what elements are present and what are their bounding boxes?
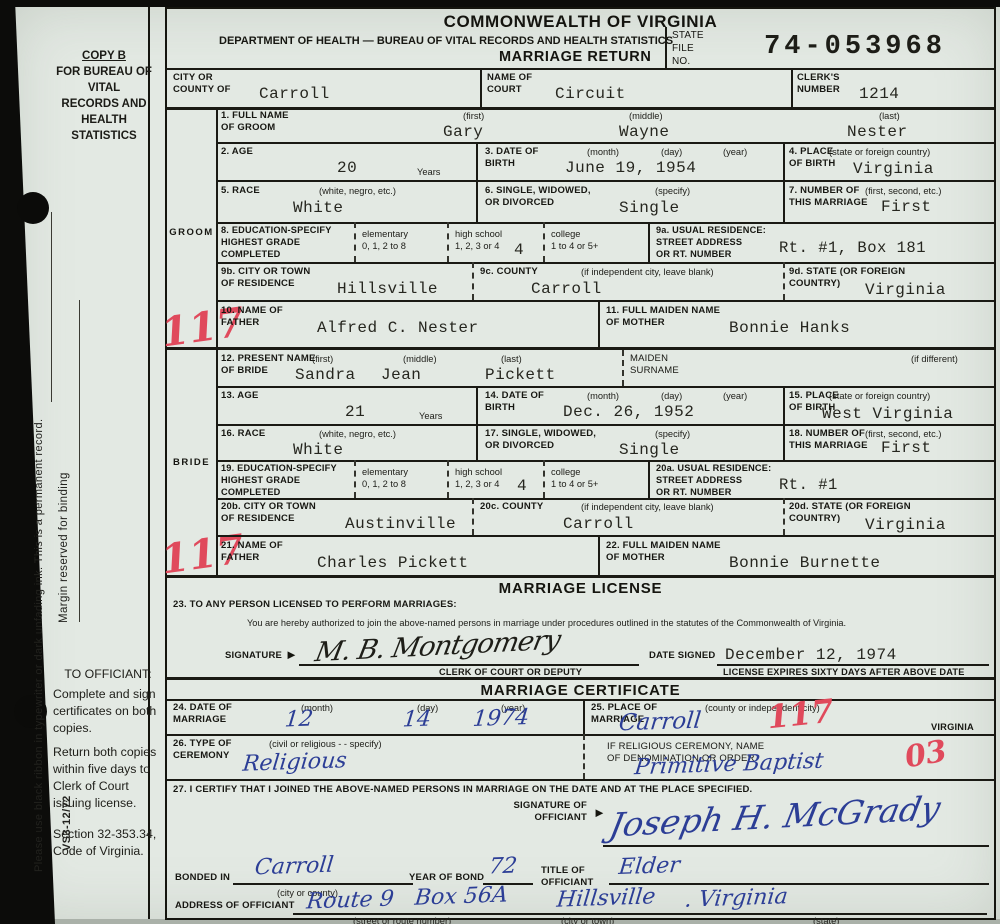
groom-birthplace-value: Virginia xyxy=(853,160,934,178)
groom-age-unit: Years xyxy=(417,166,440,178)
groom-middle-name: Wayne xyxy=(619,123,670,141)
groom-county-sub: (if independent city, leave blank) xyxy=(581,266,714,278)
officiant-signature-arrow-icon: ► xyxy=(593,806,606,819)
groom-city-value: Hillsville xyxy=(337,280,438,298)
groom-education-label: 8. EDUCATION-SPECIFY HIGHEST GRADE COMPL… xyxy=(221,225,332,261)
margin-note-vertical: Margin reserved for binding xyxy=(58,303,70,623)
groom-race-sub: (white, negro, etc.) xyxy=(319,185,396,197)
bride-last-sub: (last) xyxy=(501,353,522,365)
certificate-stamp-03: 03 xyxy=(902,734,949,776)
groom-marital-value: Single xyxy=(619,199,680,217)
marriage-year-value: 1974 xyxy=(472,705,531,732)
bride-section-label: BRIDE xyxy=(167,457,216,468)
groom-education-value: 4 xyxy=(514,241,524,259)
bride-state-value: Virginia xyxy=(865,516,946,534)
certify-statement: 27. I CERTIFY THAT I JOINED THE ABOVE-NA… xyxy=(173,784,752,796)
county-label: CITY OR COUNTY OF xyxy=(173,72,231,97)
state-file-label: STATE FILE NO. xyxy=(672,29,704,68)
to-officiant-note-2: Return both copies within five days to C… xyxy=(53,744,167,812)
bride-residence-label: 20a. USUAL RESIDENCE: STREET ADDRESS OR … xyxy=(656,463,771,499)
bride-county-label: 20c. COUNTY xyxy=(480,501,543,513)
bonded-in-value: Carroll xyxy=(254,853,335,881)
groom-mother-value: Bonnie Hanks xyxy=(729,319,850,337)
groom-marriage-number-sub: (first, second, etc.) xyxy=(865,185,941,197)
bride-last-name: Pickett xyxy=(485,366,556,384)
groom-marriage-number-label: 7. NUMBER OF THIS MARRIAGE xyxy=(789,185,868,210)
groom-race-label: 5. RACE xyxy=(221,185,260,197)
date-signed-value: December 12, 1974 xyxy=(725,646,897,664)
groom-marital-label: 6. SINGLE, WIDOWED, OR DIVORCED xyxy=(485,185,591,210)
bride-age-label: 13. AGE xyxy=(221,390,258,402)
bride-city-label: 20b. CITY OR TOWN OF RESIDENCE xyxy=(221,501,316,526)
groom-mother-label: 11. FULL MAIDEN NAME OF MOTHER xyxy=(606,305,720,330)
ribbon-note-rule xyxy=(51,212,52,402)
license-authorization: You are hereby authorized to join the ab… xyxy=(247,618,927,630)
bride-marriage-number-value: First xyxy=(881,439,932,457)
clerk-number-value: 1214 xyxy=(859,85,899,103)
groom-last-name: Nester xyxy=(847,123,908,141)
officiant-address-city: Hillsville xyxy=(555,884,656,912)
ribbon-note-vertical: Please use black ribbon in typewriter or… xyxy=(33,168,45,872)
scanned-marriage-return: COPY B FOR BUREAU OF VITAL RECORDS AND H… xyxy=(0,0,1000,924)
officiant-signature-label: SIGNATURE OF OFFICIANT xyxy=(503,800,587,825)
bride-education-label: 19. EDUCATION-SPECIFY HIGHEST GRADE COMP… xyxy=(221,463,337,499)
to-officiant-title: TO OFFICIANT: xyxy=(52,666,164,683)
groom-state-value: Virginia xyxy=(865,281,946,299)
groom-father-value: Alfred C. Nester xyxy=(317,319,479,337)
bride-county-sub: (if independent city, leave blank) xyxy=(581,501,714,513)
commonwealth-title: COMMONWEALTH OF VIRGINIA xyxy=(167,12,994,32)
copy-block: COPY B FOR BUREAU OF VITAL RECORDS AND H… xyxy=(48,48,160,145)
groom-name-label: 1. FULL NAME OF GROOM xyxy=(221,110,289,135)
bride-residence-value: Rt. #1 xyxy=(779,476,838,494)
signature-arrow-icon: ► xyxy=(285,648,298,661)
bonded-in-label: BONDED IN xyxy=(175,872,230,884)
groom-education-college: college 1 to 4 or 5+ xyxy=(551,228,598,252)
officiant-signature: Joseph H. McGrady xyxy=(606,788,944,844)
bride-race-label: 16. RACE xyxy=(221,428,265,440)
groom-dob-year-sub: (year) xyxy=(723,146,747,158)
date-signed-label: DATE SIGNED xyxy=(649,650,715,662)
state-file-number: 74-053968 xyxy=(723,32,987,62)
groom-middle-sub: (middle) xyxy=(629,110,663,122)
bride-maiden-label: MAIDEN SURNAME xyxy=(630,353,679,378)
scan-edge-top xyxy=(0,0,1000,7)
groom-marriage-number-value: First xyxy=(881,198,932,216)
groom-first-name: Gary xyxy=(443,123,483,141)
groom-education-elementary: elementary 0, 1, 2 to 8 xyxy=(362,228,408,252)
clerk-signature: M. B. Montgomery xyxy=(313,625,563,669)
groom-first-sub: (first) xyxy=(463,110,484,122)
bride-dob-value: Dec. 26, 1952 xyxy=(563,403,694,421)
ceremony-type-label: 26. TYPE OF CEREMONY xyxy=(173,738,232,763)
license-signature-label: SIGNATURE xyxy=(225,650,282,662)
address-city-sub: (city or town) xyxy=(561,915,614,924)
bride-education-college: college 1 to 4 or 5+ xyxy=(551,466,598,490)
bride-marital-label: 17. SINGLE, WIDOWED, OR DIVORCED xyxy=(485,428,596,453)
certificate-stamp-117: 117 xyxy=(765,692,835,737)
groom-section-label: GROOM xyxy=(167,227,216,238)
copy-label: COPY B xyxy=(48,48,160,64)
marriage-day-value: 14 xyxy=(402,707,433,733)
bride-birthplace-sub: (state or foreign country) xyxy=(829,390,930,402)
groom-county-value: Carroll xyxy=(531,280,602,298)
code-reference: Section 32-353.34, Code of Virginia. xyxy=(53,826,167,860)
bride-marital-sub: (specify) xyxy=(655,428,690,440)
marriage-month-value: 12 xyxy=(284,707,315,733)
bride-age-value: 21 xyxy=(345,403,365,421)
groom-birthplace-sub: (state or foreign country) xyxy=(829,146,930,158)
bride-first-name: Sandra xyxy=(295,366,356,384)
address-state-sub: (state) xyxy=(813,915,839,924)
address-street-sub: (street or route number) xyxy=(353,915,451,924)
court-label: NAME OF COURT xyxy=(487,72,532,97)
groom-dob-value: June 19, 1954 xyxy=(565,159,696,177)
groom-last-sub: (last) xyxy=(879,110,900,122)
marriage-date-label: 24. DATE OF MARRIAGE xyxy=(173,702,232,727)
bride-education-elementary: elementary 0, 1, 2 to 8 xyxy=(362,466,408,490)
groom-education-highschool: high school 1, 2, 3 or 4 xyxy=(455,228,502,252)
bride-age-unit: Years xyxy=(419,410,442,422)
groom-race-value: White xyxy=(293,199,344,217)
state-file-divider xyxy=(665,27,667,68)
bride-father-label: 21. NAME OF FATHER xyxy=(221,540,283,565)
bride-first-sub: (first) xyxy=(312,353,333,365)
year-of-bond-label: YEAR OF BOND xyxy=(409,872,484,884)
ceremony-type-value: Religious xyxy=(241,748,348,777)
groom-marital-sub: (specify) xyxy=(655,185,690,197)
bride-maiden-sub: (if different) xyxy=(911,353,958,365)
margin-note-rule xyxy=(79,300,80,622)
bride-marriage-number-label: 18. NUMBER OF THIS MARRIAGE xyxy=(789,428,868,453)
bride-county-value: Carroll xyxy=(563,515,634,533)
clerk-number-label: CLERK'S NUMBER xyxy=(797,72,840,97)
form-title: MARRIAGE RETURN xyxy=(499,49,651,65)
groom-residence-label: 9a. USUAL RESIDENCE: STREET ADDRESS OR R… xyxy=(656,225,766,261)
bride-middle-sub: (middle) xyxy=(403,353,437,365)
groom-age-value: 20 xyxy=(337,159,357,177)
bride-education-highschool: high school 1, 2, 3 or 4 xyxy=(455,466,502,490)
title-of-officiant-value: Elder xyxy=(618,853,682,880)
county-value: Carroll xyxy=(259,85,330,103)
department-line: DEPARTMENT OF HEALTH — BUREAU OF VITAL R… xyxy=(219,35,673,47)
bride-marital-value: Single xyxy=(619,441,680,459)
groom-county-label: 9c. COUNTY xyxy=(480,266,538,278)
groom-residence-value: Rt. #1, Box 181 xyxy=(779,239,926,257)
groom-age-label: 2. AGE xyxy=(221,146,253,158)
bride-dob-label: 14. DATE OF BIRTH xyxy=(485,390,544,415)
groom-dob-day-sub: (day) xyxy=(661,146,682,158)
bride-education-value: 4 xyxy=(517,477,527,495)
bride-birthplace-value: West Virginia xyxy=(822,405,953,423)
marriage-return-form: COMMONWEALTH OF VIRGINIA DEPARTMENT OF H… xyxy=(165,7,996,920)
bride-father-value: Charles Pickett xyxy=(317,554,469,572)
bride-mother-label: 22. FULL MAIDEN NAME OF MOTHER xyxy=(606,540,721,565)
groom-dob-month-sub: (month) xyxy=(587,146,619,158)
license-title: MARRIAGE LICENSE xyxy=(167,580,994,597)
bride-dob-day-sub: (day) xyxy=(661,390,682,402)
bride-race-value: White xyxy=(293,441,344,459)
bride-dob-year-sub: (year) xyxy=(723,390,747,402)
bride-dob-month-sub: (month) xyxy=(587,390,619,402)
marriage-place-value: Carroll xyxy=(617,708,702,737)
groom-city-label: 9b. CITY OR TOWN OF RESIDENCE xyxy=(221,266,310,291)
year-of-bond-value: 72 xyxy=(488,854,519,880)
bride-race-sub: (white, negro, etc.) xyxy=(319,428,396,440)
bride-middle-name: Jean xyxy=(381,366,421,384)
denomination-value: Primitive Baptist xyxy=(633,749,824,781)
address-of-officiant-label: ADDRESS OF OFFICIANT xyxy=(175,900,295,912)
license-item23: 23. TO ANY PERSON LICENSED TO PERFORM MA… xyxy=(173,599,457,611)
officiant-address-state: . Virginia xyxy=(683,884,789,913)
bride-mother-value: Bonnie Burnette xyxy=(729,554,881,572)
to-officiant-note-1: Complete and sign certificates on both c… xyxy=(53,686,167,737)
court-value: Circuit xyxy=(555,85,626,103)
virginia-printed-label: VIRGINIA xyxy=(931,721,974,733)
certificate-title: MARRIAGE CERTIFICATE xyxy=(167,682,994,699)
copy-for-label: FOR BUREAU OF VITAL RECORDS AND HEALTH S… xyxy=(48,64,160,144)
groom-dob-label: 3. DATE OF BIRTH xyxy=(485,146,539,171)
bride-city-value: Austinville xyxy=(345,515,456,533)
groom-father-label: 10. NAME OF FATHER xyxy=(221,305,283,330)
